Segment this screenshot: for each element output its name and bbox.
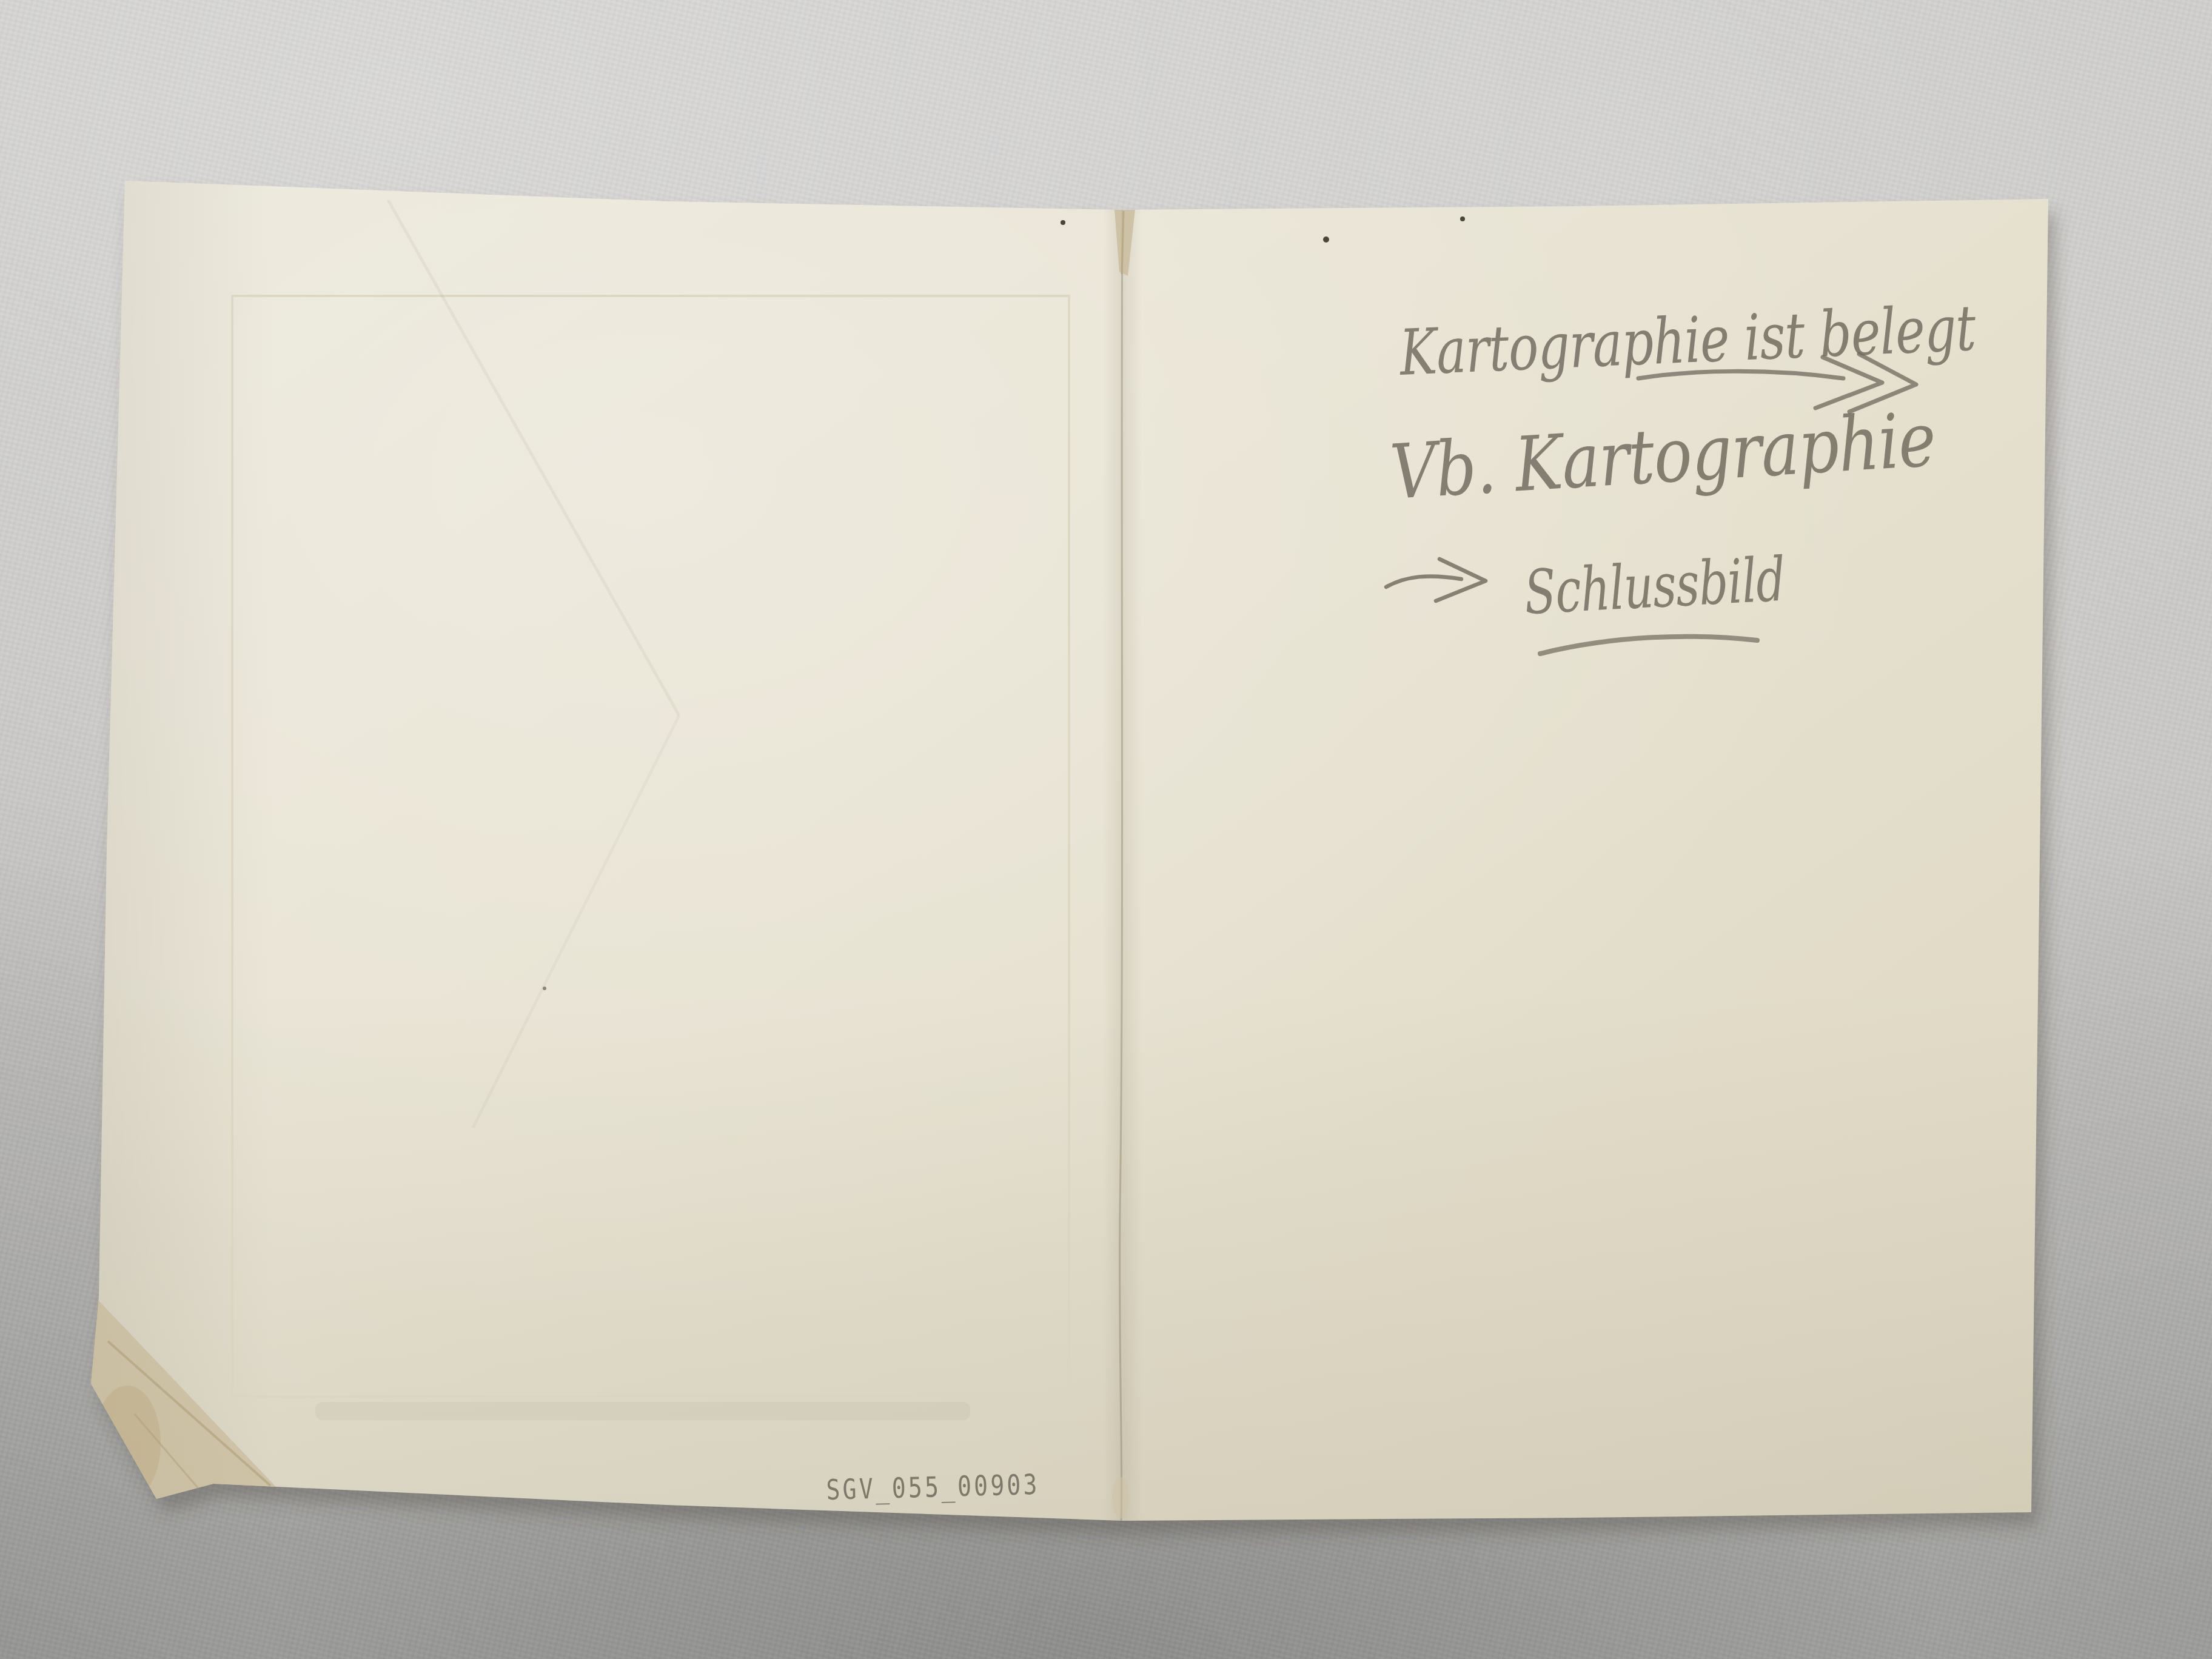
paper-speck-4 — [1629, 90, 1634, 95]
paper-bottom-shading — [91, 181, 2049, 1522]
paper-speck-2 — [1323, 236, 1329, 243]
show-through-smear — [315, 1402, 970, 1420]
paper-speck-1 — [1061, 220, 1065, 225]
paper-left-edge-shading — [91, 181, 273, 1522]
fold-bottom-smudge — [1112, 1477, 1129, 1518]
document-photo: Kartographie ist belegt Vb. Kartographie… — [0, 0, 2212, 1659]
inventory-code: SGV_055_00903 — [826, 1468, 1040, 1506]
paper-speck-5 — [543, 987, 546, 990]
paper-speck-3 — [1460, 216, 1465, 221]
corner-stain-blotch — [94, 1386, 161, 1501]
photo-background: Kartographie ist belegt Vb. Kartographie… — [0, 0, 2212, 1659]
handwritten-line-3: Schlussbild — [1523, 544, 1787, 628]
